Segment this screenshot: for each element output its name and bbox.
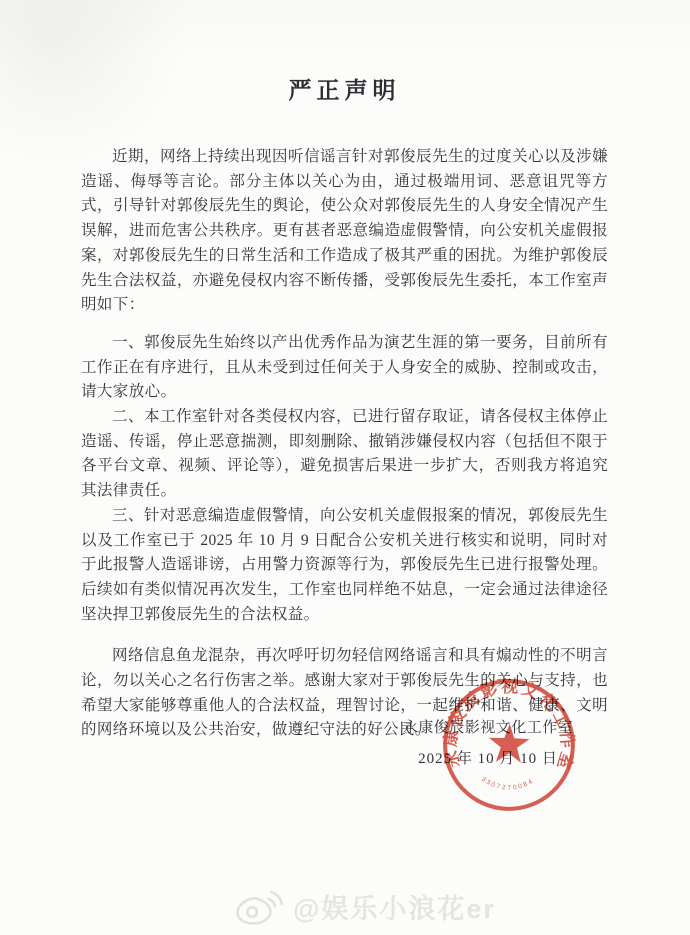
statement-title: 严正声明 [81, 74, 608, 108]
statement-date: 2025 年 10 月 10 日 [400, 747, 576, 771]
paragraph-item-1: 一、郭俊辰先生始终以产出优秀作品为演艺生涯的第一要务，目前所有工作正在有序进行，… [81, 331, 608, 405]
weibo-logo-icon [234, 886, 286, 926]
statement-body: 近期，网络上持续出现因听信谣言针对郭俊辰先生的过度关心以及涉嫌造谣、侮辱等言论。… [81, 145, 608, 743]
signature-block: 永康俊辰影视文化工作室 2025 年 10 月 10 日 [400, 716, 576, 771]
scanned-statement-page: 严正声明 近期，网络上持续出现因听信谣言针对郭俊辰先生的过度关心以及涉嫌造谣、侮… [0, 0, 690, 935]
seal-code-number: 3307270084 [480, 776, 536, 793]
paragraph-item-2: 二、本工作室针对各类侵权内容，已进行留存取证，请各侵权主体停止造谣、传谣，停止恶… [81, 405, 608, 504]
watermark-handle: @娱乐小浪花er [293, 887, 496, 926]
paragraph-intro: 近期，网络上持续出现因听信谣言针对郭俊辰先生的过度关心以及涉嫌造谣、侮辱等言论。… [81, 145, 608, 318]
statement-document: 严正声明 近期，网络上持续出现因听信谣言针对郭俊辰先生的过度关心以及涉嫌造谣、侮… [81, 74, 608, 743]
studio-name: 永康俊辰影视文化工作室 [400, 716, 576, 740]
paragraph-item-3: 三、针对恶意编造虚假警情，向公安机关虚假报案的情况，郭俊辰先生以及工作室已于 2… [81, 504, 608, 628]
svg-text:3307270084: 3307270084 [480, 776, 536, 793]
weibo-watermark: @娱乐小浪花er [234, 886, 496, 926]
